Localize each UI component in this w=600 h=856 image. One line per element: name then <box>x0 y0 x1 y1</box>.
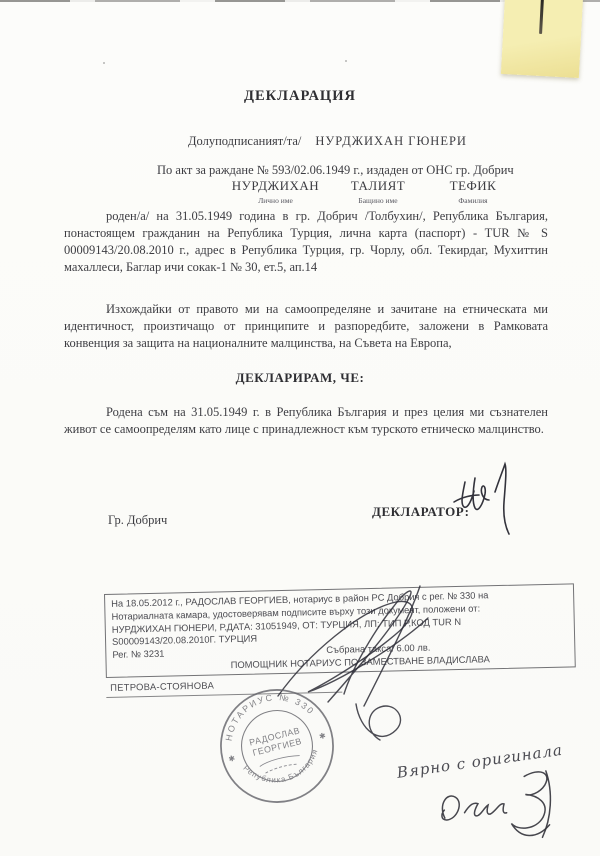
staple-mark <box>539 0 544 34</box>
first-name-value: НУРДЖИХАН <box>232 178 319 193</box>
paragraph-declaration: Родена съм на 31.05.1949 г. в Република … <box>64 404 548 438</box>
undersigned-line: Долуподписаният/та/НУРДЖИХАН ГЮНЕРИ <box>188 134 467 149</box>
city-line: Гр. Добрич <box>108 513 167 528</box>
paragraph-birth-details: роден/а/ на 31.05.1949 година в гр. Добр… <box>64 208 548 276</box>
seal-star-right: ✱ <box>318 731 327 741</box>
paragraph-rights-basis: Изхождайки от правото ми на самоопределя… <box>64 301 548 352</box>
scanned-declaration-page: ДЕКЛАРАЦИЯ Долуподписаният/та/НУРДЖИХАН … <box>0 0 600 856</box>
undersigned-label: Долуподписаният/та/ <box>188 134 301 148</box>
middle-name-value: ТАЛИЯТ <box>351 178 406 193</box>
name-field-middle: ТАЛИЯТ Бащино име <box>333 177 423 205</box>
declare-heading: ДЕКЛАРИРАМ, ЧЕ: <box>0 370 600 386</box>
certification-signature <box>426 761 581 846</box>
scan-speck <box>103 62 105 64</box>
name-field-family: ТЕФИК Фамилия <box>428 177 518 205</box>
declarator-signature <box>448 458 524 538</box>
seal-star-left: ✱ <box>228 753 237 763</box>
name-field-first: НУРДЖИХАН Лично име <box>208 177 343 205</box>
first-name-label: Лично име <box>208 196 343 205</box>
scan-speck <box>345 60 347 62</box>
document-title: ДЕКЛАРАЦИЯ <box>0 88 600 105</box>
family-name-value: ТЕФИК <box>450 178 497 193</box>
family-name-label: Фамилия <box>428 196 518 205</box>
middle-name-label: Бащино име <box>333 196 423 205</box>
undersigned-name: НУРДЖИХАН ГЮНЕРИ <box>315 134 467 148</box>
sticky-note <box>501 0 583 78</box>
birth-act-line: По акт за раждане № 593/02.06.1949 г., и… <box>157 163 514 178</box>
